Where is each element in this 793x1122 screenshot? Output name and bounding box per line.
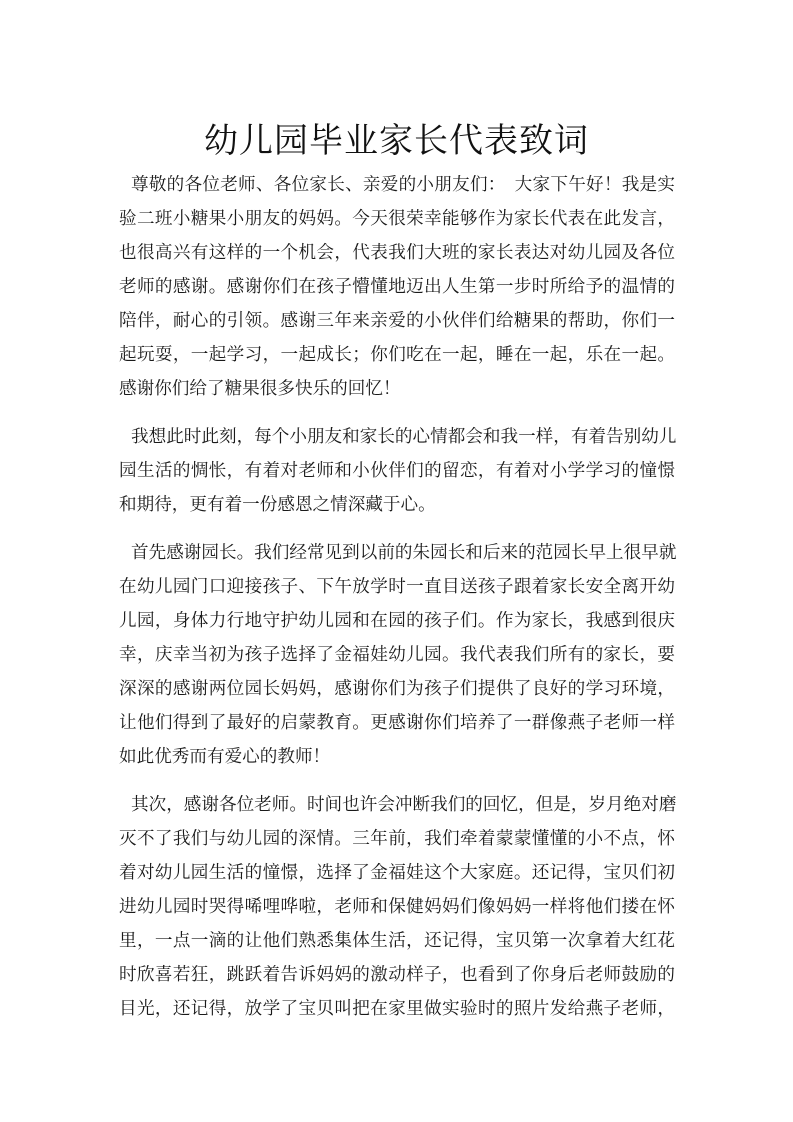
text-line: 尊敬的各位老师、各位家长、亲爱的小朋友们： 大家下午好！我是实 — [119, 168, 675, 202]
text-line: 陪伴，耐心的引领。感谢三年来亲爱的小伙伴们给糖果的帮助，你们一 — [119, 304, 675, 338]
text-line: 首先感谢园长。我们经常见到以前的朱园长和后来的范园长早上很早就 — [119, 536, 675, 570]
text-line: 验二班小糖果小朋友的妈妈。今天很荣幸能够作为家长代表在此发言， — [119, 202, 675, 236]
text-line: 幸，庆幸当初为孩子选择了金福娃幼儿园。我代表我们所有的家长，要 — [119, 638, 675, 672]
text-line: 着对幼儿园生活的憧憬，选择了金福娃这个大家庭。还记得，宝贝们初 — [119, 856, 675, 890]
document-page: 幼儿园毕业家长代表致词 尊敬的各位老师、各位家长、亲爱的小朋友们： 大家下午好！… — [0, 0, 793, 1122]
text-line: 进幼儿园时哭得唏哩哗啦，老师和保健妈妈们像妈妈一样将他们搂在怀 — [119, 890, 675, 924]
paragraph-thank-teachers: 其次，感谢各位老师。时间也许会冲断我们的回忆，但是，岁月绝对磨 灭不了我们与幼儿… — [119, 788, 675, 1026]
text-line: 园生活的惆怅，有着对老师和小伙伴们的留恋，有着对小学学习的憧憬 — [119, 454, 675, 488]
text-line: 我想此时此刻，每个小朋友和家长的心情都会和我一样，有着告别幼儿 — [119, 420, 675, 454]
text-line: 如此优秀而有爱心的教师！ — [119, 740, 675, 774]
document-title: 幼儿园毕业家长代表致词 — [0, 116, 793, 166]
text-line: 老师的感谢。感谢你们在孩子懵懂地迈出人生第一步时所给予的温情的 — [119, 270, 675, 304]
text-line: 灭不了我们与幼儿园的深情。三年前，我们牵着蒙蒙懂懂的小不点，怀 — [119, 822, 675, 856]
text-line: 在幼儿园门口迎接孩子、下午放学时一直目送孩子跟着家长安全离开幼 — [119, 570, 675, 604]
document-body: 尊敬的各位老师、各位家长、亲爱的小朋友们： 大家下午好！我是实 验二班小糖果小朋… — [119, 168, 675, 1040]
text-line: 儿园，身体力行地守护幼儿园和在园的孩子们。作为家长，我感到很庆 — [119, 604, 675, 638]
text-line: 也很高兴有这样的一个机会，代表我们大班的家长表达对幼儿园及各位 — [119, 236, 675, 270]
text-line: 其次，感谢各位老师。时间也许会冲断我们的回忆，但是，岁月绝对磨 — [119, 788, 675, 822]
text-line: 和期待，更有着一份感恩之情深藏于心。 — [119, 488, 675, 522]
text-line: 起玩耍，一起学习，一起成长；你们吃在一起，睡在一起，乐在一起。 — [119, 338, 675, 372]
text-line: 时欣喜若狂，跳跃着告诉妈妈的激动样子，也看到了你身后老师鼓励的 — [119, 958, 675, 992]
paragraph-greeting: 尊敬的各位老师、各位家长、亲爱的小朋友们： 大家下午好！我是实 验二班小糖果小朋… — [119, 168, 675, 406]
paragraph-thank-principals: 首先感谢园长。我们经常见到以前的朱园长和后来的范园长早上很早就 在幼儿园门口迎接… — [119, 536, 675, 774]
text-line: 感谢你们给了糖果很多快乐的回忆！ — [119, 372, 675, 406]
paragraph-feelings: 我想此时此刻，每个小朋友和家长的心情都会和我一样，有着告别幼儿 园生活的惆怅，有… — [119, 420, 675, 522]
text-line: 里，一点一滴的让他们熟悉集体生活，还记得，宝贝第一次拿着大红花 — [119, 924, 675, 958]
text-line: 让他们得到了最好的启蒙教育。更感谢你们培养了一群像燕子老师一样 — [119, 706, 675, 740]
text-line: 深深的感谢两位园长妈妈，感谢你们为孩子们提供了良好的学习环境， — [119, 672, 675, 706]
text-line: 目光，还记得，放学了宝贝叫把在家里做实验时的照片发给燕子老师， — [119, 992, 675, 1026]
